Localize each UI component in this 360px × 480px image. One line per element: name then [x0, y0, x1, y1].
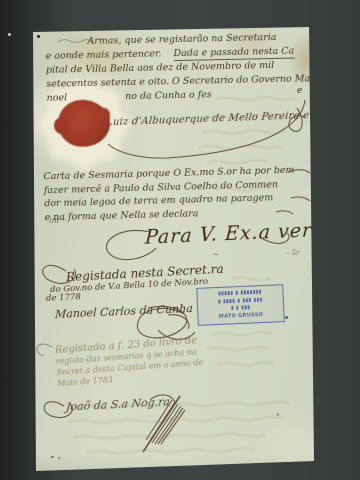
- side-tilde-mark: ~: [212, 250, 220, 260]
- opening-line-2a: e aonde mais pertencer.: [46, 48, 162, 61]
- registration-line-3: de 1778: [46, 292, 81, 304]
- archive-stamp-line-4: MATO GRUSSO: [219, 312, 264, 321]
- signature-underline-flourish: [108, 100, 305, 158]
- margin-mark: im ··: [49, 216, 67, 225]
- secretary-signature: Manoel Carlos da Cunha: [55, 302, 194, 321]
- clerk-signature: Joaõ da S.a Nog.ra: [65, 395, 170, 414]
- dust-speck: [8, 33, 11, 36]
- despacho-para-v-exa-ver: Para V. Ex.a ver.: [144, 219, 317, 249]
- opening-line-5b: no da Cunha o fes: [125, 89, 212, 102]
- marginal-mark-e: e: [297, 86, 302, 96]
- seal-edge-bump: [54, 118, 68, 134]
- manuscript-page: Armas, que se registarão na Secretaria e…: [0, 0, 360, 480]
- opening-line-5a: noel: [46, 92, 67, 103]
- photo-of-manuscript: Armas, que se registarão na Secretaria e…: [0, 0, 360, 480]
- summary-paragraph: Carta de Sesmaria porque O Ex.mo S.or ha…: [43, 164, 295, 225]
- side-note-5r: – 5r: [286, 249, 300, 257]
- opening-paragraph: Armas, que se registarão na Secretaria e…: [45, 30, 310, 106]
- ink-speck: [58, 457, 60, 459]
- ink-speck: [51, 456, 54, 458]
- pinhole: [37, 35, 40, 38]
- governor-signature: Luiz d'Albuquerque de Mello Pereira e Ca…: [105, 109, 355, 129]
- second-registration-block: Registado a f. 23 do livro de registo da…: [55, 335, 205, 389]
- archive-stamp: ▮▮▮▮▮ ▮ ▮▮▮▮▮▮▮ ▮ ▮▮▮▮ ▮ ▮▮▮ ▮▮▮ ▮ ▮ ▮▮▮…: [196, 284, 285, 326]
- seal-edge-bump: [98, 108, 110, 122]
- ink-speck: [277, 413, 279, 416]
- opening-line-2b-underlined: Dada e passada nesta Ca: [173, 46, 294, 62]
- ink-speck: [285, 316, 288, 319]
